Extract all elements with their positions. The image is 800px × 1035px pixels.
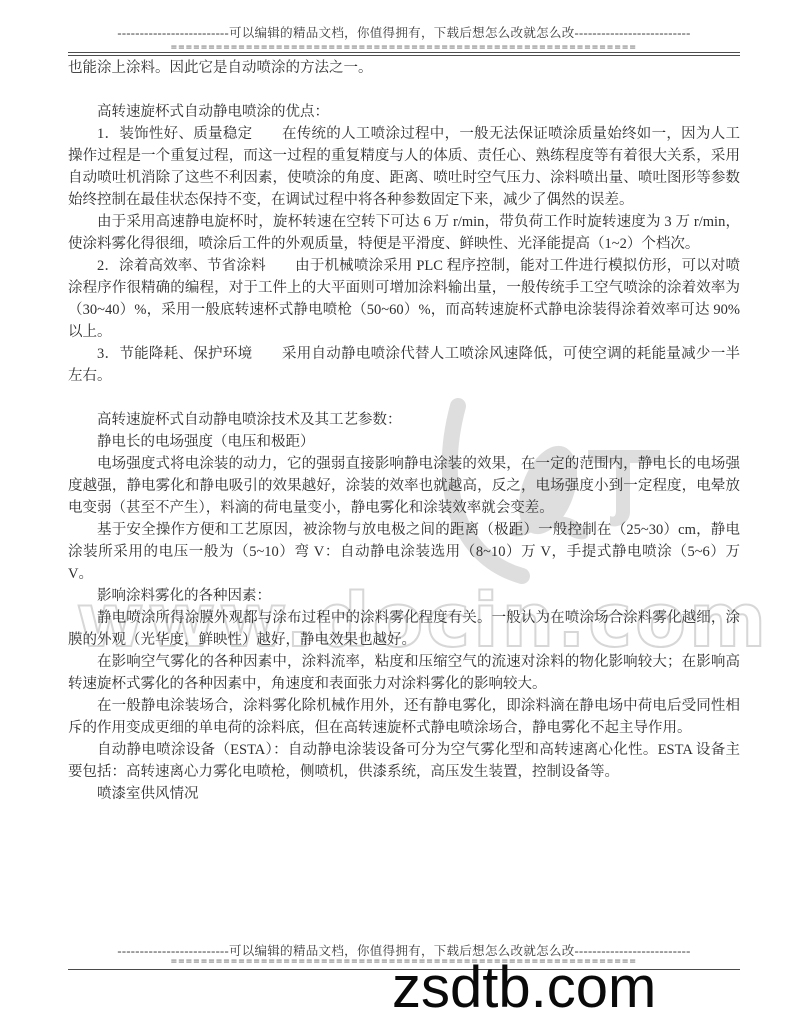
- body-paragraph: 1．装饰性好、质量稳定 在传统的人工喷涂过程中，一般无法保证喷涂质量始终如一，因…: [68, 123, 740, 211]
- sub-heading: 影响涂料雾化的各种因素：: [68, 585, 740, 607]
- body-paragraph: 在一般静电涂装场合，涂料雾化除机械作用外，还有静电雾化，即涂料滴在静电场中荷电后…: [68, 695, 740, 739]
- body-paragraph: 在影响空气雾化的各种因素中，涂料流率，粘度和压缩空气的流速对涂料的物化影响较大；…: [68, 651, 740, 695]
- header-equals-divider: ========================================…: [68, 42, 740, 53]
- sub-heading: 静电长的电场强度（电压和极距）: [68, 431, 740, 453]
- section-heading: 高转速旋杯式自动静电喷涂技术及其工艺参数：: [68, 409, 740, 431]
- body-paragraph: 电场强度式将电涂装的动力，它的强弱直接影响静电涂装的效果，在一定的范围内，静电长…: [68, 453, 740, 519]
- body-paragraph: 基于安全操作方便和工艺原因，被涂物与放电极之间的距离（极距）一般控制在（25~3…: [68, 519, 740, 585]
- document-page: www.docin.com -------------------------可…: [0, 0, 800, 1035]
- body-paragraph: 3．节能降耗、保护环境 采用自动静电喷涂代替人工喷涂风速降低，可使空调的耗能量减…: [68, 343, 740, 387]
- header-notice: -------------------------可以编辑的精品文档，你值得拥有…: [68, 23, 740, 41]
- body-paragraph: 喷漆室供风情况: [68, 783, 740, 805]
- body-paragraph: 由于采用高速静电旋杯时，旋杯转速在空转下可达 6 万 r/min，带负荷工作时旋…: [68, 211, 740, 255]
- document-body: 也能涂上涂料。因此它是自动喷涂的方法之一。 高转速旋杯式自动静电喷涂的优点： 1…: [68, 57, 740, 805]
- section-heading: 高转速旋杯式自动静电喷涂的优点：: [68, 101, 740, 123]
- body-paragraph: 自动静电喷涂设备（ESTA）：自动静电涂装设备可分为空气雾化型和高转速离心化性。…: [68, 739, 740, 783]
- body-paragraph: 静电喷涂所得涂膜外观都与涂布过程中的涂料雾化程度有关。一般认为在喷涂场合涂料雾化…: [68, 607, 740, 651]
- body-paragraph: 2．涂着高效率、节省涂料 由于机械喷涂采用 PLC 程序控制，能对工件进行模拟仿…: [68, 255, 740, 343]
- body-paragraph: 也能涂上涂料。因此它是自动喷涂的方法之一。: [68, 57, 740, 79]
- zsdtb-brand-text: zsdtb.com: [392, 958, 656, 1018]
